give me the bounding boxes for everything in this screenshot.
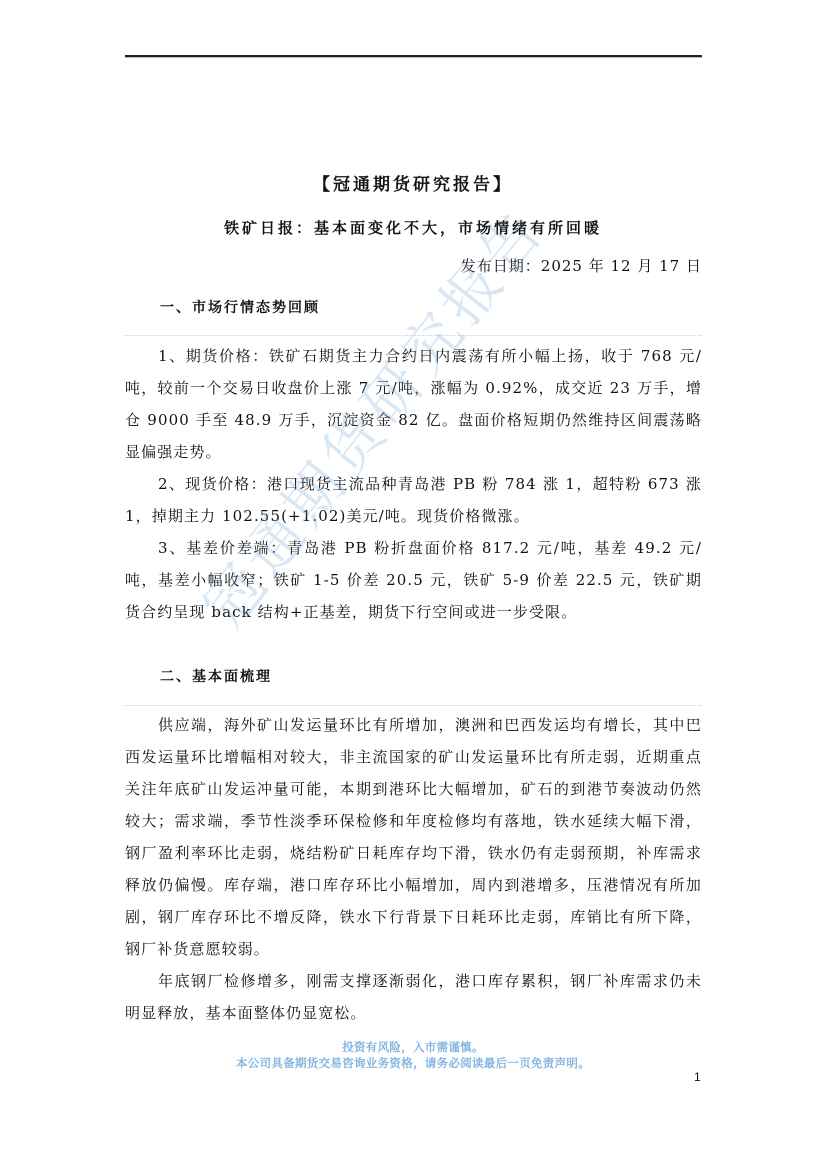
page-number: 1 [694, 1070, 701, 1084]
section-heading-market-review: 一、市场行情态势回顾 [160, 297, 320, 317]
paragraph-summary: 年底钢厂检修增多，刚需支撑逐渐弱化，港口库存累积，钢厂补库需求仍未明显释放，基本… [125, 965, 702, 1029]
section-heading-fundamentals: 二、基本面梳理 [160, 666, 272, 686]
report-title: 【冠通期货研究报告】 [0, 170, 826, 195]
qualification-disclaimer: 本公司具备期货交易咨询业务资格，请务必阅读最后一页免责声明。 [0, 1055, 826, 1071]
header-rule-shadow [125, 57, 702, 58]
paragraph-futures-price: 1、期货价格：铁矿石期货主力合约日内震荡有所小幅上扬，收于 768 元/吨，较前… [125, 340, 702, 468]
publish-date: 发布日期：2025 年 12 月 17 日 [461, 255, 702, 276]
paragraph-spot-price: 2、现货价格：港口现货主流品种青岛港 PB 粉 784 涨 1，超特粉 673 … [125, 468, 702, 532]
report-subtitle: 铁矿日报：基本面变化不大，市场情绪有所回暖 [0, 217, 826, 238]
section-divider [125, 705, 702, 706]
paragraph-basis-spread: 3、基差价差端：青岛港 PB 粉折盘面价格 817.2 元/吨，基差 49.2 … [125, 532, 702, 628]
section-divider [125, 335, 702, 336]
paragraph-supply-demand: 供应端，海外矿山发运量环比有所增加，澳洲和巴西发运均有增长，其中巴西发运量环比增… [125, 709, 702, 965]
risk-disclaimer: 投资有风险，入市需谨慎。 [0, 1039, 826, 1055]
